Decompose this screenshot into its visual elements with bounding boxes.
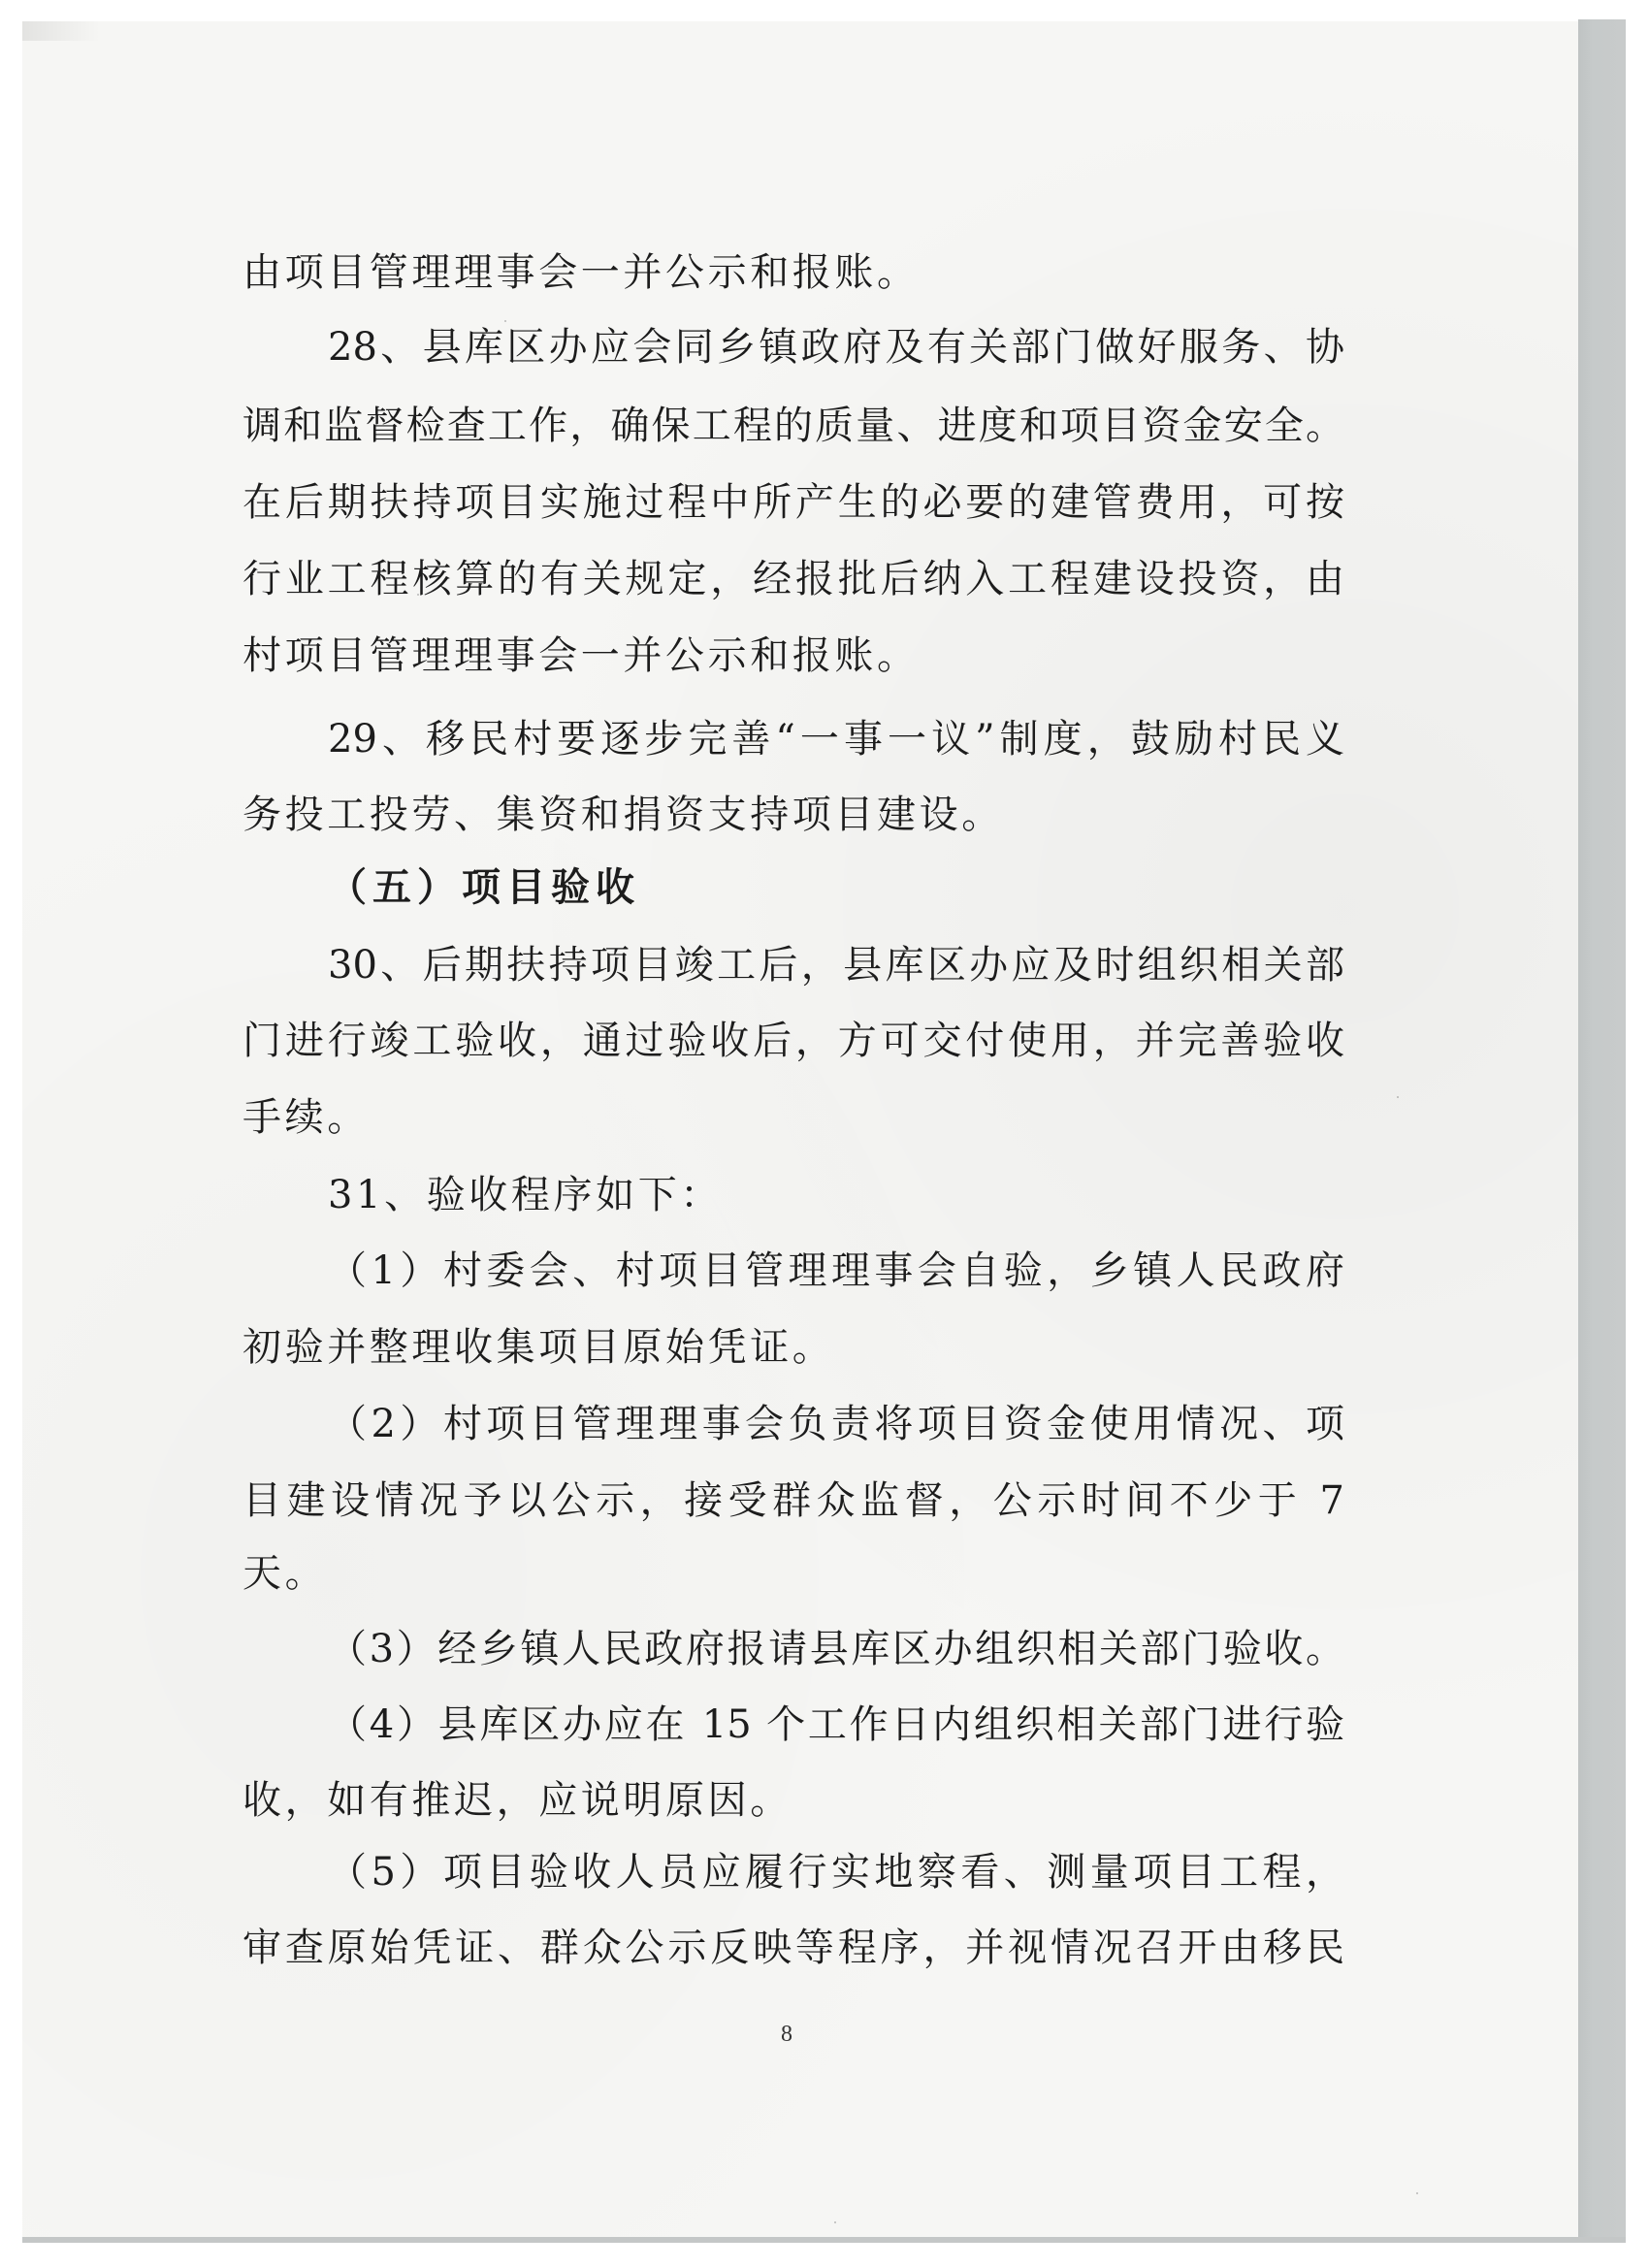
body-text-line: 目建设情况予以公示，接受群众监督，公示时间不少于 7 [242,1476,1344,1525]
body-text-line: （5）项目验收人员应履行实地察看、测量项目工程， [328,1848,1344,1896]
body-text-line: 29、移民村要逐步完善“一事一议”制度，鼓励村民义 [328,715,1344,763]
scan-speck [834,2221,836,2223]
scan-speck [1397,1096,1399,1098]
body-text-line: （1）村委会、村项目管理理事会自验，乡镇人民政府 [328,1247,1344,1295]
body-text-line: 初验并整理收集项目原始凭证。 [242,1323,834,1372]
body-text-line: （4）县库区办应在 15 个工作日内组织相关部门进行验 [328,1701,1344,1749]
body-text-line: 30、后期扶持项目竣工后，县库区办应及时组织相关部 [328,941,1344,989]
body-text-line: （3）经乡镇人民政府报请县库区办组织相关部门验收。 [328,1625,1344,1673]
body-text-line: （2）村项目管理理事会负责将项目资金使用情况、项 [328,1400,1344,1448]
body-text-line: 28、县库区办应会同乡镇政府及有关部门做好服务、协 [328,323,1344,372]
scanner-edge-shadow [1578,19,1626,2243]
scan-speck [1416,2192,1418,2194]
scanner-bottom-edge [22,2237,1626,2243]
body-text-line: 由项目管理理事会一并公示和报账。 [242,248,920,297]
body-text-line: 行业工程核算的有关规定，经报批后纳入工程建设投资，由 [242,555,1344,603]
page-number: 8 [781,2022,792,2048]
body-text-line: 手续。 [242,1093,370,1142]
body-text-line: 务投工投劳、集资和捐资支持项目建设。 [242,791,1004,839]
body-text-line: 村项目管理理事会一并公示和报账。 [242,632,920,680]
body-text-line: 在后期扶持项目实施过程中所产生的必要的建管费用，可按 [242,478,1344,527]
body-text-line: 收，如有推迟，应说明原因。 [242,1776,792,1825]
section-heading: （五）项目验收 [328,863,640,912]
scan-speck [417,594,419,596]
body-text-line: 门进行竣工验收，通过验收后，方可交付使用，并完善验收 [242,1017,1344,1065]
body-text-line: 调和监督检查工作，确保工程的质量、进度和项目资金安全。 [242,402,1344,450]
body-text-line: 审查原始凭证、群众公示反映等程序，并视情况召开由移民 [242,1924,1344,1972]
body-text-line: 天。 [242,1549,327,1598]
scan-speck [504,320,506,322]
body-text-line: 31、验收程序如下： [328,1171,723,1219]
